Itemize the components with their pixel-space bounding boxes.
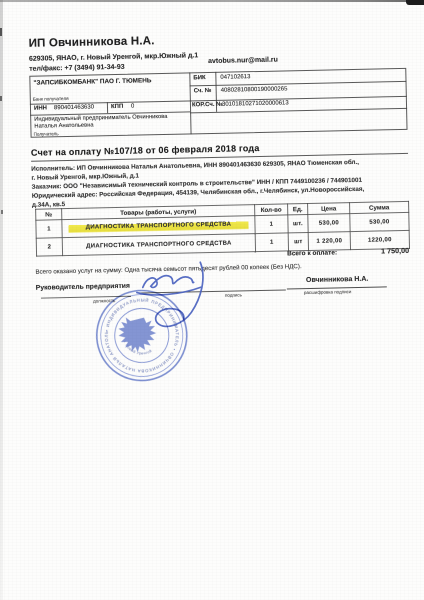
total-value: 1 750,00 xyxy=(350,246,409,256)
company-stamp: • ИНДИВИДУАЛЬНЫЙ ПРЕДПРИНИМАТЕЛЬ • ОВЧИН… xyxy=(88,282,195,389)
col-unit: Ед. xyxy=(288,203,308,214)
col-qty: Кол-во xyxy=(255,204,288,216)
item-qty-cell: 1 xyxy=(255,233,288,252)
item-num-cell: 2 xyxy=(36,238,62,257)
account-label: Сч. № xyxy=(194,88,212,94)
korr-label: КОР.Сч. № xyxy=(192,102,223,109)
company-email: avtobus.nur@mail.ru xyxy=(208,57,278,65)
item-price-cell: 1 220,00 xyxy=(308,232,350,251)
bank-label: Банк получателя xyxy=(33,96,69,102)
col-num: № xyxy=(36,209,62,221)
document-body: ИП Овчинникова Н.А. 629305, ЯНАО, г. Нов… xyxy=(0,0,424,600)
bik-value: 047102613 xyxy=(220,74,250,81)
transcript-label: расшифровка подписи xyxy=(304,289,352,295)
kpp-label: КПП xyxy=(111,104,123,110)
signer-name: Овчинникова Н.А. xyxy=(289,275,386,284)
bank-requisites-table: "ЗАПСИБКОМБАНК" ПАО Г. ТЮМЕНЬ Банк получ… xyxy=(29,68,407,138)
item-unit-cell: шт xyxy=(288,232,308,250)
table-line xyxy=(107,102,108,113)
inn-label: ИНН xyxy=(34,105,47,111)
item-name-cell: ДИАГНОСТИКА ТРАНСПОРТНОГО СРЕДСТВА xyxy=(62,234,255,256)
item-price-cell: 530,00 xyxy=(308,214,350,233)
stamp-emblem-eagle xyxy=(116,315,158,354)
total-label: Всего к оплате: xyxy=(287,249,337,257)
invoice-title: Счет на оплату №107/18 от 06 февраля 201… xyxy=(31,143,260,158)
company-address: 629305, ЯНАО, г. Новый Уренгой, мкр.Южны… xyxy=(29,52,198,63)
col-price: Цена xyxy=(308,203,350,215)
item-unit-cell: шт. xyxy=(288,214,308,232)
item-sum-cell: 530,00 xyxy=(350,212,409,231)
company-name: ИП Овчинникова Н.А. xyxy=(29,35,155,50)
kpp-value: 0 xyxy=(131,104,134,110)
bik-label: БИК xyxy=(193,75,205,81)
scanned-invoice-page: ИП Овчинникова Н.А. 629305, ЯНАО, г. Нов… xyxy=(0,0,424,600)
item-num-cell: 1 xyxy=(36,220,62,239)
company-phone: тел/факс: +7 (3494) 91-34-93 xyxy=(29,64,125,73)
inn-value: 890401463630 xyxy=(54,104,94,111)
item-qty-cell: 1 xyxy=(255,215,288,234)
highlighted-item-name: ДИАГНОСТИКА ТРАНСПОРТНОГО СРЕДСТВА xyxy=(68,220,249,233)
recipient-label: Получатель xyxy=(33,131,58,137)
